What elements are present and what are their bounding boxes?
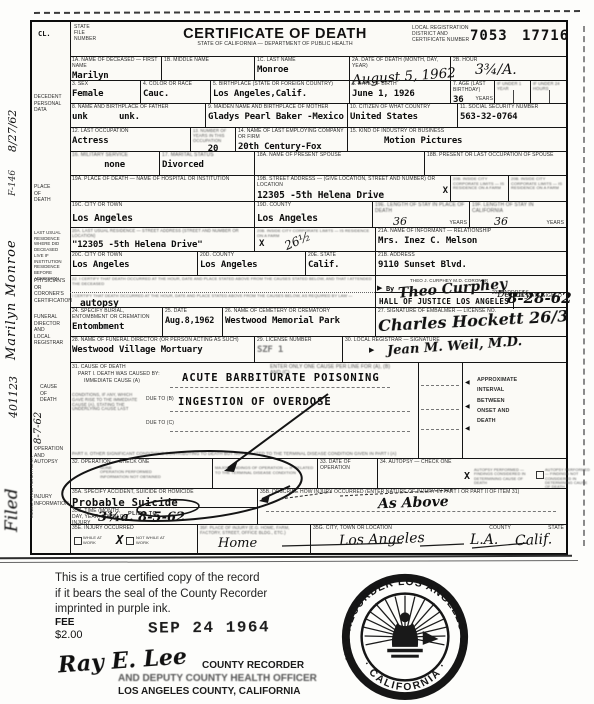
registration-label: LOCAL REGISTRATION DISTRICT AND CERTIFIC… bbox=[412, 26, 469, 43]
field-injury-time-value: 3¾a. 8-5-62 bbox=[98, 510, 185, 525]
field-injury-city: 35g. City, Town or Location Los Angeles bbox=[310, 525, 458, 554]
field-burial-type-label: 24. Specify Burial, Entombment or Cremat… bbox=[72, 309, 160, 321]
cause-conditions-label: Conditions, if any, which gave rise to t… bbox=[72, 393, 144, 412]
field-funeral-director: 28. Name of Funeral Director (or Person … bbox=[70, 337, 254, 363]
field-hospital-label: 19a. Place of Death — Name of Hospital o… bbox=[72, 177, 252, 183]
field-how-injury: 35b. Describe How Injury Occurred (Enter… bbox=[257, 489, 566, 525]
field-age: 7. Age (Last Birthday) 36 YEARS bbox=[450, 81, 494, 104]
field-stay-place-of-death: 19e. Length of Stay in Place of Death 36… bbox=[372, 202, 469, 228]
bottom-double-rule-2 bbox=[0, 560, 578, 563]
interval-rule-1 bbox=[421, 385, 459, 386]
form-sidebar: CL. DECEDENT PERSONAL DATA PLACE OF DEAT… bbox=[32, 22, 71, 553]
interval-rule-3 bbox=[421, 429, 459, 430]
field-hour-label: 2b. Hour bbox=[453, 58, 564, 64]
how-injury-rule bbox=[266, 511, 556, 512]
state-file-label: STATE FILE NUMBER bbox=[74, 25, 96, 42]
margin-handwritten-date: 8/27/62 bbox=[6, 88, 19, 152]
field-death-county: 19d. County Los Angeles bbox=[254, 202, 372, 228]
field-age-under-24h: IF UNDER 24 HOURS bbox=[530, 81, 566, 104]
section-label-physician: PHYSICIAN'S OR CORONER'S CERTIFICATION bbox=[34, 278, 68, 304]
interval-arrow-icon-3: ◀ bbox=[465, 425, 470, 432]
field-burial-date-label: 25. Date bbox=[165, 309, 220, 315]
field-spouse-occupation-label: 18b. Present or Last Occupation of Spous… bbox=[427, 153, 564, 159]
field-informant: 21a. Name of Informant — Relationship Mr… bbox=[375, 228, 566, 252]
top-dashed-line bbox=[34, 10, 580, 14]
field-specify-suicide-label: 35a. Specify Accident, Suicide or Homici… bbox=[72, 490, 255, 496]
field-marital-status-value: Divorced bbox=[162, 160, 252, 170]
field-marital-status: 17. Marital Status Divorced bbox=[159, 152, 254, 176]
cause-line-a-rule bbox=[170, 387, 390, 388]
field-employer: 14. Name of Last Employing Company or Fi… bbox=[235, 128, 347, 152]
field-funeral-director-value: Westwood Village Mortuary bbox=[72, 345, 252, 355]
certificate-form: CL. DECEDENT PERSONAL DATA PLACE OF DEAT… bbox=[30, 20, 568, 555]
date-signed-value: 8-28-62 bbox=[507, 289, 572, 307]
certification-statement: 22. I certify that death occurred at the… bbox=[70, 276, 375, 292]
field-operation-findings-label: Major findings of operation — if related… bbox=[215, 466, 315, 475]
margin-handwritten-ref: F-146 bbox=[8, 158, 18, 196]
injury-notatwork-mark: X bbox=[116, 533, 123, 547]
field-embalmer-signature: 27. Signature of Embalmer — License No. … bbox=[375, 308, 566, 337]
certificate-title: CERTIFICATE OF DEATH bbox=[150, 26, 400, 42]
section-label-residence: LAST USUAL RESIDENCE WHERE DID DECEASED … bbox=[34, 230, 68, 281]
field-farm-box-label: 20b. Inside City Corporate Limits — Is R… bbox=[511, 177, 564, 191]
field-residence-state-label: 20e. State bbox=[308, 253, 373, 259]
cause-immediate-label: IMMEDIATE CAUSE (A) bbox=[84, 379, 140, 385]
field-occupation-value: Actress bbox=[72, 136, 188, 146]
field-hospital: 19a. Place of Death — Name of Hospital o… bbox=[70, 176, 254, 202]
registrar-pointer-icon: ▶ bbox=[369, 346, 374, 354]
date-received-stamp: SEP 24 1964 bbox=[148, 618, 270, 637]
injury-atwork-checkbox bbox=[74, 537, 82, 545]
field-age-label: 7. Age (Last Birthday) bbox=[453, 82, 492, 94]
autopsy-check-mark: X bbox=[464, 471, 470, 482]
interval-label: APPROXIMATE INTERVAL BETWEEN ONSET AND D… bbox=[477, 375, 517, 426]
field-military-value: none bbox=[72, 160, 157, 170]
field-cemetery: 26. Name of Cemetery or Crematory Westwo… bbox=[222, 308, 375, 337]
field-death-city-value: Los Angeles bbox=[72, 213, 252, 224]
field-residence-street: 20a. Last Usual Residence — Street Addre… bbox=[70, 228, 254, 252]
field-mother-value: Gladys Pearl Baker -Mexico bbox=[208, 112, 345, 122]
field-operation-date-label: 33. Date of Operation bbox=[320, 460, 375, 472]
field-citizen-value: United States bbox=[350, 112, 455, 122]
field-spouse-label: 18a. Name of Present Spouse bbox=[257, 153, 422, 159]
recorder-title-block: COUNTY RECORDER AND DEPUTY COUNTY HEALTH… bbox=[118, 659, 358, 698]
field-ssn-value: 563-32-0764 bbox=[460, 112, 564, 122]
field-injury-state: State Calif. bbox=[513, 525, 566, 554]
field-citylimits-box-label: 20b. Inside City Corporate Limits — Is R… bbox=[453, 177, 506, 191]
row-burial: 24. Specify Burial, Entombment or Cremat… bbox=[70, 307, 566, 337]
field-stay-california-label: 19f. Length of Stay in California bbox=[472, 203, 564, 215]
field-employer-label: 14. Name of Last Employing Company or Fi… bbox=[238, 129, 345, 141]
field-spouse-occupation: 18b. Present or Last Occupation of Spous… bbox=[424, 152, 566, 176]
field-years-occupation: 13. Number of Years in This Occupation 2… bbox=[190, 128, 235, 152]
section-label-funeral: FUNERAL DIRECTOR AND LOCAL REGISTRAR bbox=[34, 314, 68, 347]
row-injury-2: 35e. Injury Occurred WHILE AT WORK X NOT… bbox=[70, 524, 566, 555]
autopsy-option-2: AUTOPSY PERFORMED — FINDINGS NOT CONSIDE… bbox=[545, 468, 593, 490]
field-occupation: 12. Last Occupation Actress bbox=[70, 128, 190, 152]
field-license-number-value: SZF 1 bbox=[257, 345, 340, 355]
field-last-name-label: 1c. Last Name bbox=[257, 58, 347, 64]
field-ssn-label: 11. Social Security Number bbox=[460, 105, 564, 111]
field-first-name-label: 1a. Name of Deceased — First Name bbox=[72, 58, 159, 70]
field-date-of-death: 2a. Date of Death (Month, Day, Year) Aug… bbox=[349, 57, 450, 81]
field-father-value: unk unk. bbox=[72, 112, 203, 122]
recorder-title-2: AND DEPUTY COUNTY HEALTH OFFICER bbox=[118, 672, 358, 685]
field-residence-state: 20e. State Calif. bbox=[305, 252, 375, 276]
certificate-subtitle: STATE OF CALIFORNIA — DEPARTMENT OF PUBL… bbox=[150, 42, 400, 48]
field-death-city-label: 19c. City or Town bbox=[72, 203, 252, 209]
field-birthplace-value: Los Angeles,Calif. bbox=[213, 89, 347, 99]
field-death-street-address: 19b. Street Address — (Give Location, St… bbox=[254, 176, 450, 202]
title-block: CERTIFICATE OF DEATH STATE OF CALIFORNIA… bbox=[150, 26, 400, 48]
field-death-county-value: Los Angeles bbox=[257, 213, 370, 224]
field-citizen-label: 10. Citizen of What Country bbox=[350, 105, 455, 111]
row-residence-city: 20c. City or Town Los Angeles 20d. Count… bbox=[70, 251, 566, 276]
field-operation-findings: Major findings of operation — if related… bbox=[212, 459, 317, 489]
section-label-place-of-death: PLACE OF DEATH bbox=[34, 184, 68, 204]
field-burial-type-value: Entombment bbox=[72, 322, 160, 332]
interval-rule-2 bbox=[421, 409, 459, 410]
field-industry-value: Motion Pictures bbox=[384, 136, 564, 146]
field-mother: 9. Maiden Name and Birthplace of Mother … bbox=[205, 104, 347, 128]
field-last-name: 1c. Last Name Monroe bbox=[254, 57, 349, 81]
field-race-value: Cauc. bbox=[143, 89, 208, 99]
field-how-injury-value: As Above bbox=[378, 494, 449, 512]
section-label-decedent: DECEDENT PERSONAL DATA bbox=[34, 94, 68, 114]
fee-label: FEE bbox=[55, 617, 74, 628]
row-operation: 32. Operation — Check One NONE OPERATION… bbox=[70, 458, 566, 489]
row-parents: 8. Name and Birthplace of Father unk unk… bbox=[70, 103, 566, 128]
field-birthplace: 5. Birthplace (State or Foreign Country)… bbox=[210, 81, 349, 104]
field-residence-street-label: 20a. Last Usual Residence — Street Addre… bbox=[72, 229, 252, 239]
injury-notatwork-checkbox bbox=[126, 537, 134, 545]
field-residence-city: 20c. City or Town Los Angeles bbox=[70, 252, 197, 276]
cause-of-death-box: 31. Cause of Death Enter only one cause … bbox=[70, 363, 418, 459]
field-cemetery-value: Westwood Memorial Park bbox=[225, 316, 373, 326]
margin-handwritten-scrawl: Filed bbox=[2, 428, 22, 532]
field-race-label: 4. Color or Race bbox=[143, 82, 208, 88]
field-father: 8. Name and Birthplace of Father unk unk… bbox=[70, 104, 205, 128]
certified-copy-text: This is a true certified copy of the rec… bbox=[55, 571, 267, 618]
subdivider bbox=[549, 90, 550, 104]
death-certificate-page: 8/27/62 F-146 Marilyn Monroe 401123 File… bbox=[0, 0, 594, 704]
field-license-number-label: 29. License Number bbox=[257, 338, 340, 344]
certification-autopsy: I certify that death occurred at the hou… bbox=[70, 292, 375, 308]
cause-line-c-rule bbox=[170, 431, 410, 432]
field-death-street-address-value: 12305 -5th Helena Drive bbox=[257, 190, 448, 201]
field-informant-value: Mrs. Inez C. Melson bbox=[378, 236, 564, 246]
field-informant-address-value: 9110 Sunset Blvd. bbox=[378, 260, 564, 270]
field-residence-city-value: Los Angeles bbox=[72, 260, 195, 270]
cause-due-b-label: DUE TO (B) bbox=[146, 397, 174, 403]
form-header: STATE FILE NUMBER CERTIFICATE OF DEATH S… bbox=[70, 22, 566, 56]
field-military: 16. Military Service none bbox=[70, 152, 159, 176]
field-middle-name: 1b. Middle Name bbox=[161, 57, 254, 81]
recorder-title-1: COUNTY RECORDER bbox=[118, 659, 358, 672]
residence-citylimits-mark: X bbox=[259, 239, 264, 249]
field-autopsy: 34. Autopsy — Check One X AUTOPSY PERFOR… bbox=[377, 459, 566, 489]
field-military-label: 16. Military Service bbox=[72, 153, 157, 159]
field-years-occupation-label: 13. Number of Years in This Occupation bbox=[193, 129, 233, 143]
certified-copy-line-2: if it bears the seal of the County Recor… bbox=[55, 587, 267, 603]
signature-pointer-icon: ▶ bbox=[377, 284, 382, 292]
field-funeral-director-label: 28. Name of Funeral Director (or Person … bbox=[72, 338, 252, 344]
field-residence-county-label: 20d. County bbox=[200, 253, 303, 259]
field-place-of-injury: 35f. Place of Injury (e.g. Home, Farm, F… bbox=[197, 525, 310, 554]
corner-label: CL. bbox=[38, 30, 51, 38]
field-mother-label: 9. Maiden Name and Birthplace of Mother bbox=[208, 105, 345, 111]
district-number: 7053 bbox=[470, 28, 508, 44]
recorder-title-3: LOS ANGELES COUNTY, CALIFORNIA bbox=[118, 685, 358, 698]
row-residence: 20a. Last Usual Residence — Street Addre… bbox=[70, 227, 566, 252]
field-citylimits-box: 20b. Inside City Corporate Limits — Is R… bbox=[450, 176, 508, 202]
row-coroner: 22. I certify that death occurred at the… bbox=[70, 275, 566, 308]
field-marital-status-label: 17. Marital Status bbox=[162, 153, 252, 159]
margin-handwritten-number: 401123 bbox=[7, 366, 20, 418]
field-injury-city-value: Los Angeles bbox=[339, 529, 456, 549]
field-burial-date: 25. Date Aug.8,1962 bbox=[162, 308, 222, 337]
injury-notatwork-label: NOT WHILE AT WORK bbox=[136, 536, 170, 545]
field-sex-label: 3. Sex bbox=[72, 82, 138, 88]
row-cause-of-death: 31. Cause of Death Enter only one cause … bbox=[70, 362, 566, 459]
cause-line-b-rule bbox=[170, 411, 410, 412]
field-local-registrar: 30. Local Registrar — Signature ▶ Jean M… bbox=[342, 337, 566, 363]
autopsy-checkbox-2 bbox=[536, 471, 544, 479]
bottom-double-rule-1 bbox=[0, 555, 572, 559]
field-race: 4. Color or Race Cauc. bbox=[140, 81, 210, 104]
injury-left-stack: 35a. Specify Accident, Suicide or Homici… bbox=[70, 489, 257, 525]
field-injury-occurred: 35e. Injury Occurred WHILE AT WORK X NOT… bbox=[70, 525, 197, 554]
death-street-citylimits-mark: X bbox=[443, 186, 448, 196]
cause-due-c-label: DUE TO (C) bbox=[146, 421, 174, 427]
fee-amount: $2.00 bbox=[55, 629, 83, 641]
field-injury-county-label: County bbox=[460, 526, 511, 532]
cause-line-b: INGESTION OF OVERDOSE bbox=[178, 396, 332, 408]
field-date-of-birth-value: June 1, 1926 bbox=[352, 89, 448, 99]
row-marital: 16. Military Service none 17. Marital St… bbox=[70, 151, 566, 176]
coroner-address-value: HALL OF JUSTICE LOS ANGELES bbox=[379, 297, 509, 306]
injury-atwork-label: WHILE AT WORK bbox=[83, 536, 111, 545]
field-injury-occurred-label: 35e. Injury Occurred bbox=[72, 526, 195, 532]
field-residence-citylimits: 20b. Inside City Corporate Limits — Is R… bbox=[254, 228, 375, 252]
interval-arrow-icon-2: ◀ bbox=[465, 403, 470, 410]
field-operation-date: 33. Date of Operation bbox=[317, 459, 377, 489]
cause-part2-label: Part II. Other significant conditions co… bbox=[72, 452, 416, 457]
cause-interval-blank-column bbox=[418, 363, 462, 459]
row-occupation: 12. Last Occupation Actress 13. Number o… bbox=[70, 127, 566, 152]
field-burial-type: 24. Specify Burial, Entombment or Cremat… bbox=[70, 308, 162, 337]
field-first-name: 1a. Name of Deceased — First Name Marily… bbox=[70, 57, 161, 81]
margin-cause-date: 8-7-62 bbox=[33, 366, 44, 444]
field-injury-time: 35c. Time (Month, Day, Year, Hour) of In… bbox=[70, 507, 257, 525]
field-specify-suicide: 35a. Specify Accident, Suicide or Homici… bbox=[70, 489, 257, 507]
certified-copy-line-3: imprinted in purple ink. bbox=[55, 602, 267, 618]
field-hour-value: 3¾/A. bbox=[475, 62, 564, 78]
field-stay-california: 19f. Length of Stay in California 36 YEA… bbox=[469, 202, 566, 228]
field-spouse: 18a. Name of Present Spouse bbox=[254, 152, 424, 176]
field-place-of-injury-value: Home bbox=[218, 536, 308, 551]
row-death-city: 19c. City or Town Los Angeles 19d. Count… bbox=[70, 201, 566, 228]
field-injury-county-value: L.A. bbox=[470, 532, 511, 548]
field-burial-date-value: Aug.8,1962 bbox=[165, 316, 220, 326]
certified-copy-line-1: This is a true certified copy of the rec… bbox=[55, 571, 267, 587]
row-place-of-death: 19a. Place of Death — Name of Hospital o… bbox=[70, 175, 566, 202]
field-age-under-1yr: IF UNDER 1 YEAR bbox=[494, 81, 530, 104]
field-date-of-birth: 6. Date of Birth June 1, 1926 bbox=[349, 81, 450, 104]
field-first-name-value: Marilyn bbox=[72, 71, 159, 81]
field-occupation-label: 12. Last Occupation bbox=[72, 129, 188, 135]
field-residence-county: 20d. County Los Angeles bbox=[197, 252, 305, 276]
field-hour: 2b. Hour 3¾/A. bbox=[450, 57, 566, 81]
field-license-number: 29. License Number SZF 1 bbox=[254, 337, 342, 363]
field-death-county-label: 19d. County bbox=[257, 203, 370, 209]
field-industry-label: 15. Kind of Industry or Business bbox=[350, 129, 564, 135]
field-place-of-injury-label: 35f. Place of Injury (e.g. Home, Farm, F… bbox=[200, 526, 308, 536]
field-death-street-address-label: 19b. Street Address — (Give Location, St… bbox=[257, 177, 448, 189]
field-residence-state-value: Calif. bbox=[308, 260, 373, 270]
interval-arrow-icon-1: ◀ bbox=[465, 379, 470, 386]
certification-statement-text: 22. I certify that death occurred at the… bbox=[72, 277, 373, 286]
field-cemetery-label: 26. Name of Cemetery or Crematory bbox=[225, 309, 373, 315]
cause-part1-label: Part I. Death was caused by: bbox=[78, 372, 160, 378]
field-sex-value: Female bbox=[72, 89, 138, 99]
field-last-name-value: Monroe bbox=[257, 65, 347, 75]
row-sex-race: 3. Sex Female 4. Color or Race Cauc. 5. … bbox=[70, 80, 566, 104]
field-employer-value: 20th Century-Fox bbox=[238, 142, 345, 152]
field-date-of-birth-label: 6. Date of Birth bbox=[352, 82, 448, 88]
field-sex: 3. Sex Female bbox=[70, 81, 140, 104]
margin-handwritten-name: Marilyn Monroe bbox=[4, 200, 19, 360]
field-farm-box: 20b. Inside City Corporate Limits — Is R… bbox=[508, 176, 566, 202]
field-operation-options: NONE OPERATION PERFORMED INFORMATION NOT… bbox=[100, 466, 210, 480]
field-injury-county: County L.A. bbox=[458, 525, 513, 554]
field-ssn: 11. Social Security Number 563-32-0764 bbox=[457, 104, 566, 128]
county-recorder-seal: COUNTY RECORDER LOS ANGELES COUNTY · CAL… bbox=[330, 566, 480, 704]
row-name: 1a. Name of Deceased — First Name Marily… bbox=[70, 56, 566, 81]
field-industry: 15. Kind of Industry or Business Motion … bbox=[347, 128, 566, 152]
field-autopsy-label: 34. Autopsy — Check One bbox=[380, 460, 564, 466]
field-stay-place-of-death-label: 19e. Length of Stay in Place of Death bbox=[375, 203, 467, 215]
field-operation: 32. Operation — Check One NONE OPERATION… bbox=[70, 459, 212, 489]
field-father-label: 8. Name and Birthplace of Father bbox=[72, 105, 203, 111]
cause-label: 31. Cause of Death bbox=[72, 365, 126, 371]
subdivider bbox=[513, 90, 514, 104]
autopsy-option-1: AUTOPSY PERFORMED — FINDINGS CONSIDERED … bbox=[474, 468, 534, 485]
field-residence-city-label: 20c. City or Town bbox=[72, 253, 195, 259]
certificate-number: 17716 bbox=[522, 28, 569, 44]
field-citizen: 10. Citizen of What Country United State… bbox=[347, 104, 457, 128]
field-middle-name-label: 1b. Middle Name bbox=[164, 58, 252, 64]
field-residence-citylimits-label: 20b. Inside City Corporate Limits — Is R… bbox=[257, 229, 373, 238]
cause-interval-label-box: ◀ ◀ ◀ APPROXIMATE INTERVAL BETWEEN ONSET… bbox=[462, 363, 566, 459]
row-injury-1: 35a. Specify Accident, Suicide or Homici… bbox=[70, 488, 566, 525]
field-residence-county-value: Los Angeles bbox=[200, 260, 303, 270]
field-certification: 22. I certify that death occurred at the… bbox=[70, 276, 375, 308]
cause-line-a: ACUTE BARBITURATE POISONING bbox=[182, 372, 380, 384]
field-birthplace-label: 5. Birthplace (State or Foreign Country) bbox=[213, 82, 347, 88]
field-injury-state-value: Calif. bbox=[515, 530, 565, 549]
field-informant-address-label: 21b. Address bbox=[378, 253, 564, 259]
field-death-city: 19c. City or Town Los Angeles bbox=[70, 202, 254, 228]
field-informant-label: 21a. Name of Informant — Relationship bbox=[378, 229, 564, 235]
row-funeral-director: 28. Name of Funeral Director (or Person … bbox=[70, 336, 566, 363]
field-residence-street-value: "12305 -5th Helena Drive" bbox=[72, 240, 252, 250]
field-informant-address: 21b. Address 9110 Sunset Blvd. bbox=[375, 252, 566, 276]
